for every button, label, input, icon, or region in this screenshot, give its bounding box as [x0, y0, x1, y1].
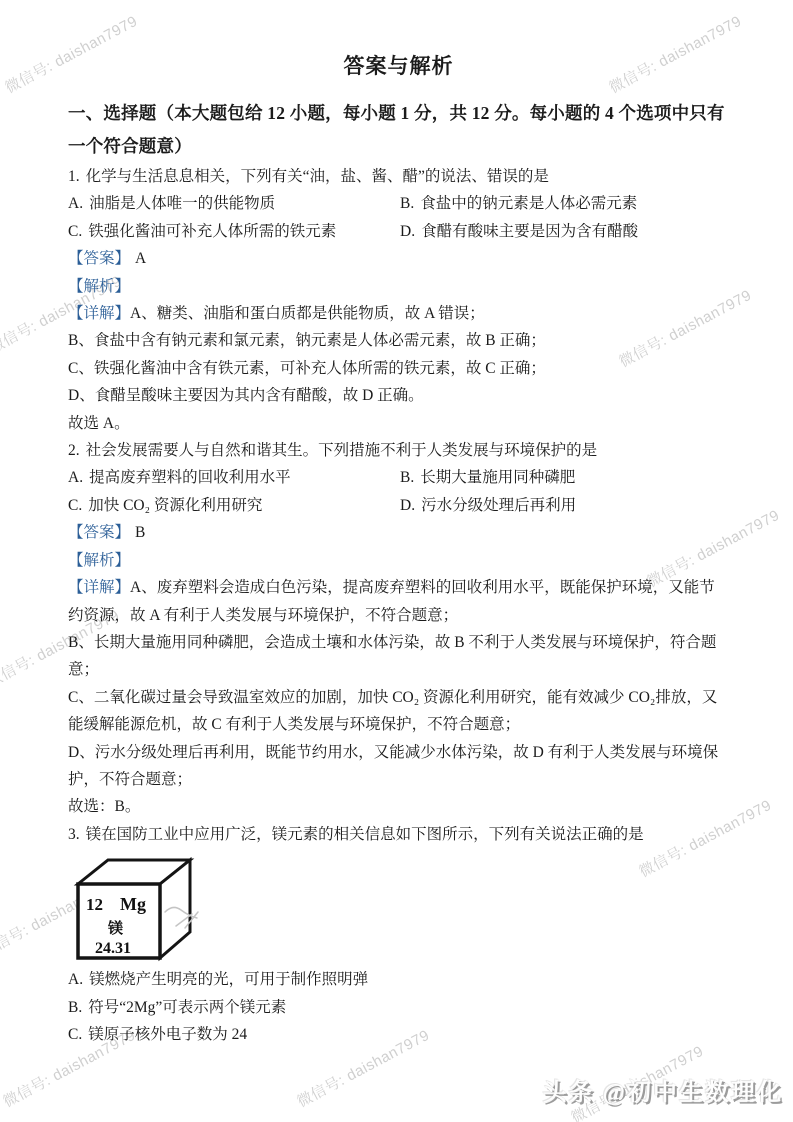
q2-stem: 2.社会发展需要人与自然和谐其生。下列措施不利于人类发展与环境保护的是	[68, 437, 729, 464]
q2-option-d: D.污水分级处理后再利用	[400, 492, 576, 519]
analysis-tag: 【解析】	[68, 278, 130, 295]
element-name-cn: 镁	[107, 919, 123, 937]
detail-tag: 【详解】	[68, 305, 130, 322]
q1-options-row-1: A.油脂是人体唯一的供能物质 B.食盐中的钠元素是人体必需元素	[68, 190, 729, 217]
q1-detail-d: D、食醋呈酸味主要因为其内含有醋酸，故 D 正确。	[68, 382, 729, 409]
q3-option-a-text: 镁燃烧产生明亮的光，可用于制作照明弹	[89, 971, 368, 988]
q2-options-row-1: A.提高废弃塑料的回收利用水平 B.长期大量施用同种磷肥	[68, 464, 729, 491]
q2-option-c: C.加快 CO₂ 资源化利用研究	[68, 497, 262, 514]
q2-detail-c: C、二氧化碳过量会导致温室效应的加剧，加快 CO₂ 资源化利用研究，能有效减少 …	[68, 684, 729, 739]
q1-option-c-label: C.	[68, 223, 82, 240]
magnesium-element-cube: 12 Mg 镁 24.31	[70, 852, 205, 964]
q2-option-c-text: 加快 CO₂ 资源化利用研究	[88, 497, 262, 514]
q3-option-a-label: A.	[68, 971, 83, 988]
q1-stem: 1.化学与生活息息相关，下列有关“油，盐、酱、醋”的说法、错误的是	[68, 163, 729, 190]
document-content: 答案与解析 一、选择题（本大题包给 12 小题，每小题 1 分，共 12 分。每…	[68, 50, 729, 1048]
question-1: 1.化学与生活息息相关，下列有关“油，盐、酱、醋”的说法、错误的是 A.油脂是人…	[68, 163, 729, 437]
section-heading: 一、选择题（本大题包给 12 小题，每小题 1 分，共 12 分。每小题的 4 …	[68, 97, 729, 163]
q1-option-a-label: A.	[68, 195, 83, 212]
q3-stem-text: 镁在国防工业中应用广泛，镁元素的相关信息如下图所示，下列有关说法正确的是	[86, 826, 644, 843]
q2-analysis-line: 【解析】	[68, 547, 729, 574]
q1-option-a: A.油脂是人体唯一的供能物质	[68, 195, 275, 212]
q1-option-a-text: 油脂是人体唯一的供能物质	[89, 195, 275, 212]
q2-option-c-label: C.	[68, 497, 82, 514]
document-page: 微信号: daishan7979 微信号: daishan7979 微信号: d…	[0, 0, 793, 1122]
q3-option-b-text: 符号“2Mg”可表示两个镁元素	[88, 999, 286, 1016]
q1-number: 1.	[68, 168, 80, 185]
q2-option-a-text: 提高废弃塑料的回收利用水平	[89, 469, 291, 486]
q1-option-d-label: D.	[400, 223, 415, 240]
q2-option-b: B.长期大量施用同种磷肥	[400, 464, 575, 491]
page-title: 答案与解析	[68, 50, 729, 82]
q1-answer-line: 【答案】A	[68, 245, 729, 272]
q1-option-b-label: B.	[400, 195, 414, 212]
q3-option-c: C.镁原子核外电子数为 24	[68, 1021, 729, 1048]
q3-option-c-label: C.	[68, 1026, 82, 1043]
q1-option-c: C.铁强化酱油可补充人体所需的铁元素	[68, 223, 336, 240]
q2-answer-line: 【答案】B	[68, 519, 729, 546]
analysis-tag: 【解析】	[68, 552, 130, 569]
q1-analysis-line: 【解析】	[68, 273, 729, 300]
question-2: 2.社会发展需要人与自然和谐其生。下列措施不利于人类发展与环境保护的是 A.提高…	[68, 437, 729, 821]
q2-option-b-label: B.	[400, 469, 414, 486]
atomic-mass: 24.31	[95, 940, 131, 957]
q2-detail-b: B、长期大量施用同种磷肥，会造成土壤和水体污染，故 B 不利于人类发展与环境保护…	[68, 629, 729, 684]
q2-detail-a: 【详解】A、废弃塑料会造成白色污染，提高废弃塑料的回收利用水平，既能保护环境，又…	[68, 574, 729, 629]
q1-answer-value: A	[135, 250, 146, 267]
q3-option-c-text: 镁原子核外电子数为 24	[88, 1026, 247, 1043]
q1-detail-b: B、食盐中含有钠元素和氯元素，钠元素是人体必需元素，故 B 正确；	[68, 327, 729, 354]
q2-option-a: A.提高废弃塑料的回收利用水平	[68, 469, 291, 486]
toutiao-logo: 头条 @初中生数理化	[543, 1072, 783, 1107]
q1-stem-text: 化学与生活息息相关，下列有关“油，盐、酱、醋”的说法、错误的是	[86, 168, 549, 185]
q1-option-d-text: 食醋有酸味主要是因为含有醋酸	[421, 223, 638, 240]
q2-stem-text: 社会发展需要人与自然和谐其生。下列措施不利于人类发展与环境保护的是	[86, 442, 598, 459]
q1-detail-a-text: A、糖类、油脂和蛋白质都是供能物质，故 A 错误；	[130, 305, 485, 322]
q3-option-b: B.符号“2Mg”可表示两个镁元素	[68, 994, 729, 1021]
q2-answer-value: B	[135, 524, 145, 541]
q1-option-d: D.食醋有酸味主要是因为含有醋酸	[400, 218, 638, 245]
q2-detail-a-text: A、废弃塑料会造成白色污染，提高废弃塑料的回收利用水平，既能保护环境，又能节约资…	[68, 579, 715, 623]
q1-option-b-text: 食盐中的钠元素是人体必需元素	[420, 195, 637, 212]
q1-detail-c: C、铁强化酱油中含有铁元素，可补充人体所需的铁元素，故 C 正确；	[68, 355, 729, 382]
q3-number: 3.	[68, 826, 80, 843]
q1-options-row-2: C.铁强化酱油可补充人体所需的铁元素 D.食醋有酸味主要是因为含有醋酸	[68, 218, 729, 245]
q2-number: 2.	[68, 442, 80, 459]
answer-tag: 【答案】	[68, 524, 130, 541]
q1-option-b: B.食盐中的钠元素是人体必需元素	[400, 190, 637, 217]
q2-option-d-label: D.	[400, 497, 415, 514]
detail-tag: 【详解】	[68, 579, 130, 596]
q1-conclusion: 故选 A。	[68, 410, 729, 437]
q3-option-a: A.镁燃烧产生明亮的光，可用于制作照明弹	[68, 966, 729, 993]
q2-options-row-2: C.加快 CO₂ 资源化利用研究 D.污水分级处理后再利用	[68, 492, 729, 519]
q2-option-d-text: 污水分级处理后再利用	[421, 497, 576, 514]
element-symbol: Mg	[120, 894, 146, 914]
q1-detail-a: 【详解】A、糖类、油脂和蛋白质都是供能物质，故 A 错误；	[68, 300, 729, 327]
q2-conclusion: 故选：B。	[68, 793, 729, 820]
q3-option-b-label: B.	[68, 999, 82, 1016]
q3-stem: 3.镁在国防工业中应用广泛，镁元素的相关信息如下图所示，下列有关说法正确的是	[68, 821, 729, 848]
q2-option-a-label: A.	[68, 469, 83, 486]
question-3: 3.镁在国防工业中应用广泛，镁元素的相关信息如下图所示，下列有关说法正确的是 1…	[68, 821, 729, 1049]
element-box-figure: 12 Mg 镁 24.31	[70, 852, 729, 964]
q2-detail-d: D、污水分级处理后再利用，既能节约用水，又能减少水体污染，故 D 有利于人类发展…	[68, 739, 729, 794]
q2-option-b-text: 长期大量施用同种磷肥	[420, 469, 575, 486]
atomic-number: 12	[86, 895, 103, 914]
q1-option-c-text: 铁强化酱油可补充人体所需的铁元素	[88, 223, 336, 240]
answer-tag: 【答案】	[68, 250, 130, 267]
